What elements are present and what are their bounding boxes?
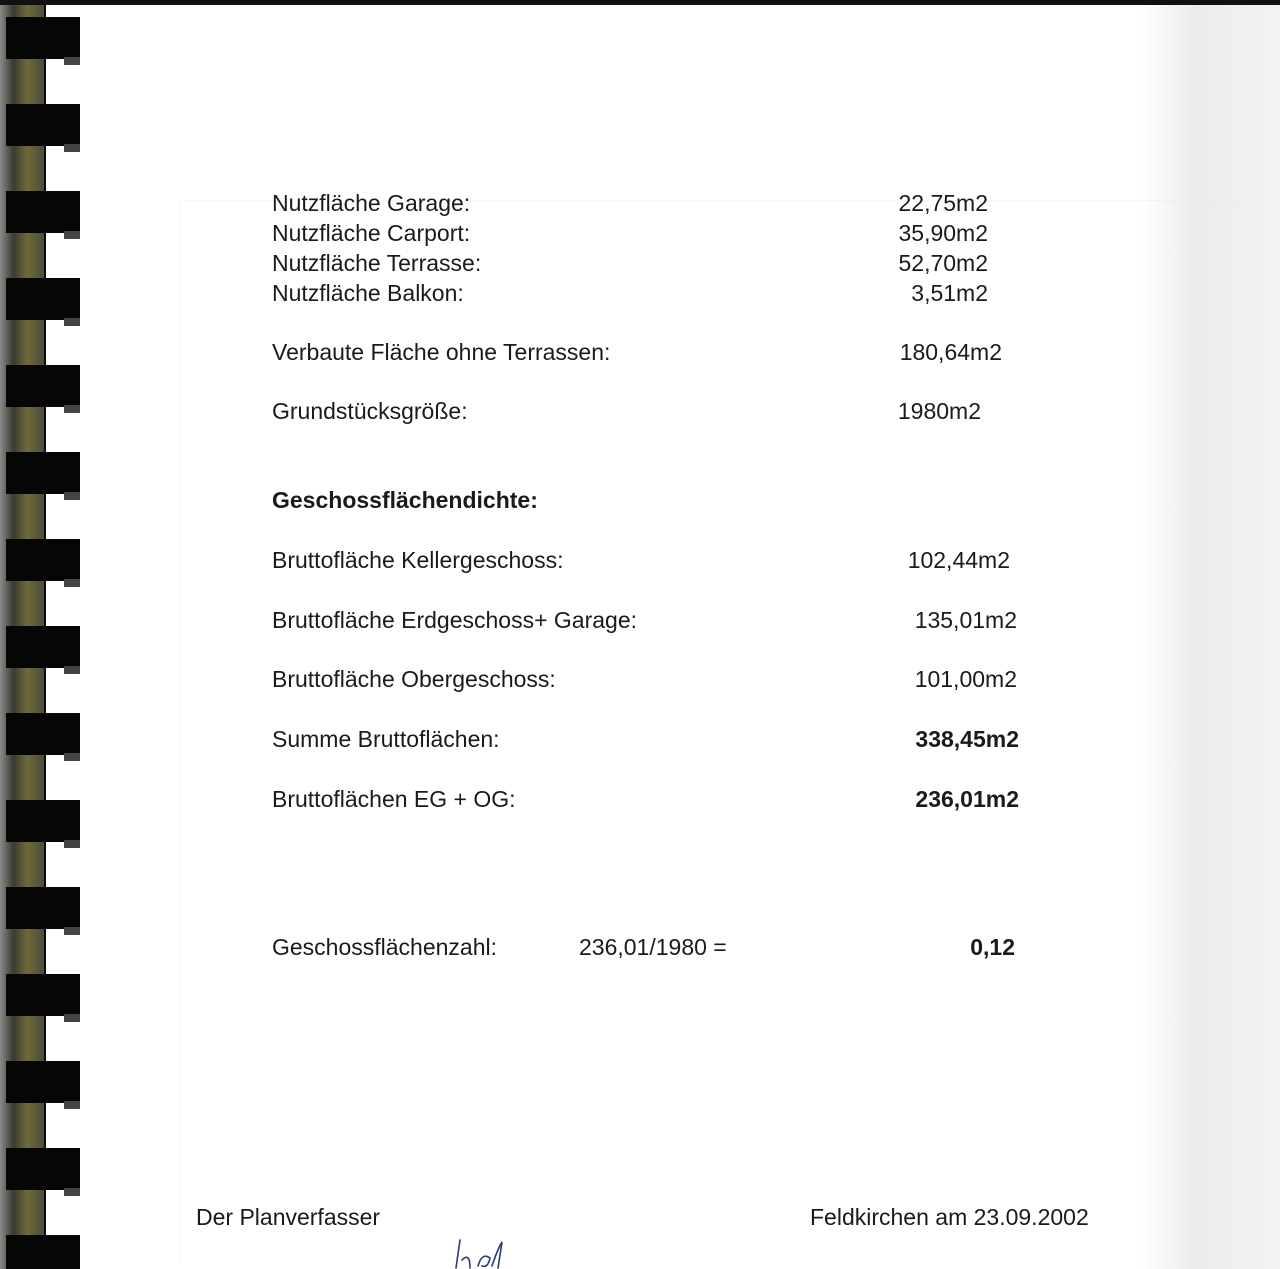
binding-loop — [6, 800, 80, 842]
binding-loop — [6, 887, 80, 929]
row-value-total: 338,45m2 — [860, 726, 1019, 752]
row-value: 101,00m2 — [860, 666, 1017, 692]
row-value: 1980m2 — [860, 398, 981, 424]
binding-loop — [6, 365, 80, 407]
row-value: 35,90m2 — [860, 220, 988, 246]
binding-loop — [6, 713, 80, 755]
row-label: Summe Bruttoflächen: — [272, 726, 500, 752]
signature — [452, 1238, 552, 1269]
row-label: Nutzfläche Garage: — [272, 190, 470, 216]
row-value: 3,51m2 — [860, 280, 988, 306]
row-label: Verbaute Fläche ohne Terrassen: — [272, 339, 610, 365]
binding-loop — [6, 17, 80, 59]
binding-loop — [6, 191, 80, 233]
binding-loop — [6, 278, 80, 320]
row-label: Grundstücksgröße: — [272, 398, 468, 424]
row-value: 135,01m2 — [860, 607, 1017, 633]
place-date: Feldkirchen am 23.09.2002 — [810, 1204, 1089, 1231]
binding-loop — [6, 626, 80, 668]
ratio-result: 0,12 — [900, 934, 1015, 960]
ratio-label: Geschossflächenzahl: — [272, 934, 497, 960]
row-value: 102,44m2 — [860, 547, 1010, 573]
row-value: 22,75m2 — [860, 190, 988, 216]
row-label: Bruttoflächen EG + OG: — [272, 786, 516, 812]
row-value: 52,70m2 — [860, 250, 988, 276]
ratio-formula: 236,01/1980 = — [579, 934, 727, 960]
page-curl-shadow — [1140, 5, 1280, 1269]
scan-top-edge — [0, 0, 1280, 5]
binding-loop — [6, 1235, 80, 1269]
binding-loop — [6, 539, 80, 581]
binding-loop — [6, 104, 80, 146]
binding-loop — [6, 452, 80, 494]
density-heading: Geschossflächendichte: — [272, 487, 538, 513]
binding-loop — [6, 1148, 80, 1190]
row-value-total: 236,01m2 — [860, 786, 1019, 812]
row-label: Bruttofläche Kellergeschoss: — [272, 547, 564, 573]
binding-loop — [6, 974, 80, 1016]
spiral-binding — [0, 5, 82, 1269]
row-value: 180,64m2 — [860, 339, 1002, 365]
author-label: Der Planverfasser — [196, 1204, 380, 1231]
binding-loop — [6, 1061, 80, 1103]
row-label: Bruttofläche Erdgeschoss+ Garage: — [272, 607, 637, 633]
row-label: Nutzfläche Carport: — [272, 220, 470, 246]
row-label: Nutzfläche Balkon: — [272, 280, 464, 306]
row-label: Nutzfläche Terrasse: — [272, 250, 481, 276]
row-label: Bruttofläche Obergeschoss: — [272, 666, 556, 692]
